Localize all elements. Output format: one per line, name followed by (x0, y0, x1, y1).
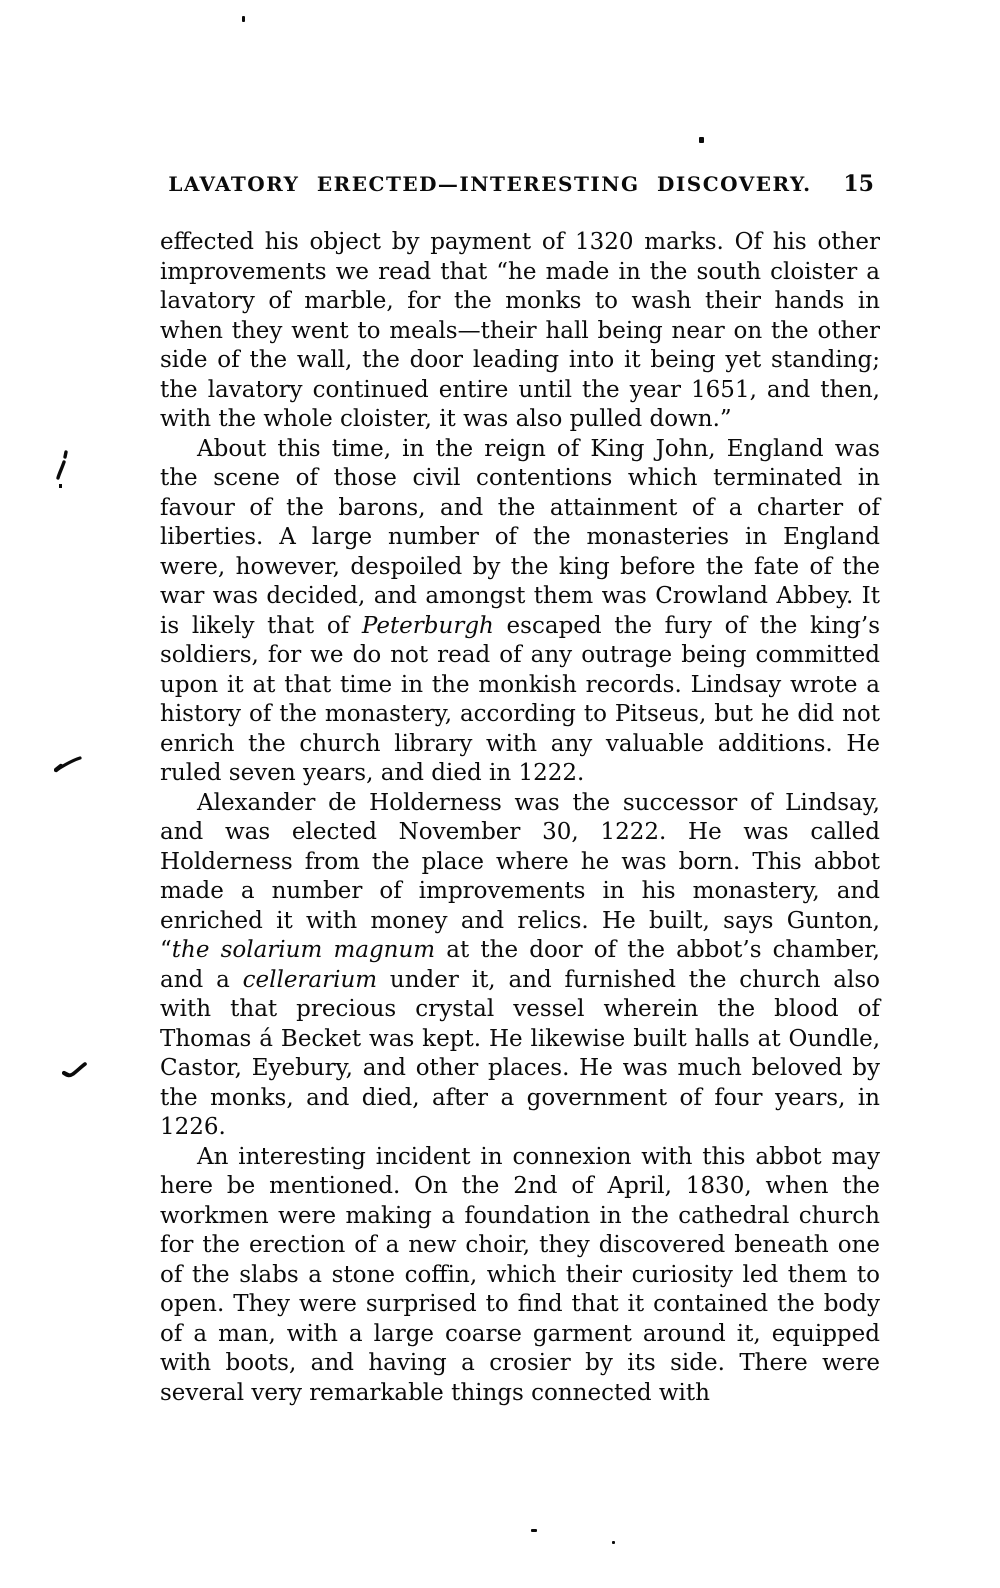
text-run: An interesting incident in connexion wit… (160, 1144, 880, 1406)
italic-text-run: the solarium magnum (172, 937, 435, 963)
margin-ink-mark-slanted-stroke (54, 450, 74, 492)
stray-dot (531, 1529, 537, 1532)
stray-dot (242, 16, 245, 22)
stray-dot (612, 1541, 615, 1544)
running-header-title: LAVATORY ERECTED—INTERESTING DISCOVERY. (160, 172, 820, 196)
page-number: 15 (843, 171, 874, 197)
italic-text-run: cellerarium (243, 967, 378, 993)
margin-ink-mark-check-stroke (62, 1060, 88, 1080)
text-run: About this time, in the reign of King Jo… (160, 436, 880, 639)
paragraph: Alexander de Holderness was the successo… (160, 789, 880, 1143)
running-header: LAVATORY ERECTED—INTERESTING DISCOVERY. … (160, 172, 880, 198)
stray-dot (699, 137, 704, 143)
scanned-book-page: LAVATORY ERECTED—INTERESTING DISCOVERY. … (0, 0, 1000, 1588)
paragraph: effected his object by payment of 1320 m… (160, 228, 880, 435)
page-body: effected his object by payment of 1320 m… (160, 228, 880, 1408)
paragraph: An interesting incident in connexion wit… (160, 1143, 880, 1409)
margin-ink-mark-rising-curve (54, 752, 82, 774)
text-run: effected his object by payment of 1320 m… (160, 229, 880, 432)
paragraph: About this time, in the reign of King Jo… (160, 435, 880, 789)
italic-text-run: Peterburgh (362, 613, 494, 639)
